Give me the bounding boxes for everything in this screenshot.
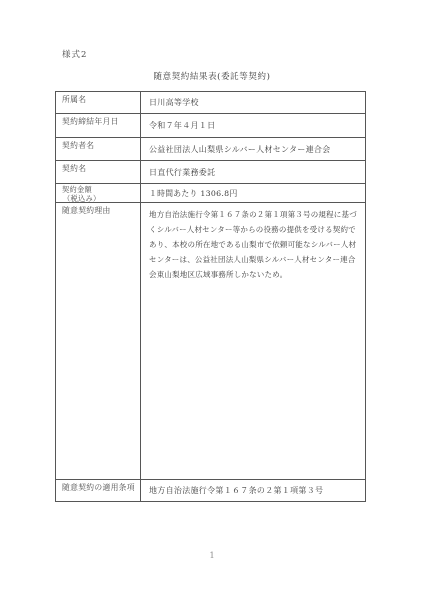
- table-row-contractor-name: 契約者名 公益社団法人山梨県シルバー人材センター連合会: [56, 138, 365, 161]
- row-value-contract-name: 日直代行業務委託: [141, 161, 365, 183]
- page-number: 1: [0, 551, 424, 560]
- row-value-contractor-name: 公益社団法人山梨県シルバー人材センター連合会: [141, 138, 365, 160]
- table-row-applicable-clause: 随意契約の適用条項 地方自治法施行令第１６７条の２第１項第３号: [56, 480, 365, 501]
- table-row-negotiation-reason: 随意契約理由 地方自治法施行令第１６７条の２第１項第３号の規程に基づくシルバー人…: [56, 203, 365, 480]
- row-label-contract-date: 契約締結年月日: [56, 114, 141, 137]
- page-title: 随意契約結果表(委託等契約): [0, 70, 424, 82]
- row-label-contract-amount: 契約金額 （税込み）: [56, 184, 141, 202]
- row-value-applicable-clause: 地方自治法施行令第１６７条の２第１項第３号: [141, 480, 365, 501]
- row-label-applicable-clause: 随意契約の適用条項: [56, 480, 141, 501]
- row-label-contractor-name: 契約者名: [56, 138, 141, 160]
- document-page: 様式2 随意契約結果表(委託等契約) 所属名 日川高等学校 契約締結年月日 令和…: [0, 0, 424, 600]
- table-row-contract-name: 契約名 日直代行業務委託: [56, 161, 365, 184]
- row-value-contract-date: 令和７年４月１日: [141, 114, 365, 137]
- row-label-negotiation-reason: 随意契約理由: [56, 203, 141, 479]
- table-row-affiliation: 所属名 日川高等学校: [56, 92, 365, 114]
- table-row-contract-date: 契約締結年月日 令和７年４月１日: [56, 114, 365, 138]
- form-number: 様式2: [62, 48, 87, 60]
- row-value-contract-amount: １時間あたり 1306.8円: [141, 184, 365, 202]
- contract-result-table: 所属名 日川高等学校 契約締結年月日 令和７年４月１日 契約者名 公益社団法人山…: [55, 91, 366, 502]
- row-label-contract-amount-line2: （税込み）: [62, 195, 136, 204]
- row-label-contract-name: 契約名: [56, 161, 141, 183]
- table-row-contract-amount: 契約金額 （税込み） １時間あたり 1306.8円: [56, 184, 365, 203]
- row-value-negotiation-reason: 地方自治法施行令第１６７条の２第１項第３号の規程に基づくシルバー人材センター等か…: [141, 203, 365, 479]
- row-value-affiliation: 日川高等学校: [141, 92, 365, 113]
- row-label-affiliation: 所属名: [56, 92, 141, 113]
